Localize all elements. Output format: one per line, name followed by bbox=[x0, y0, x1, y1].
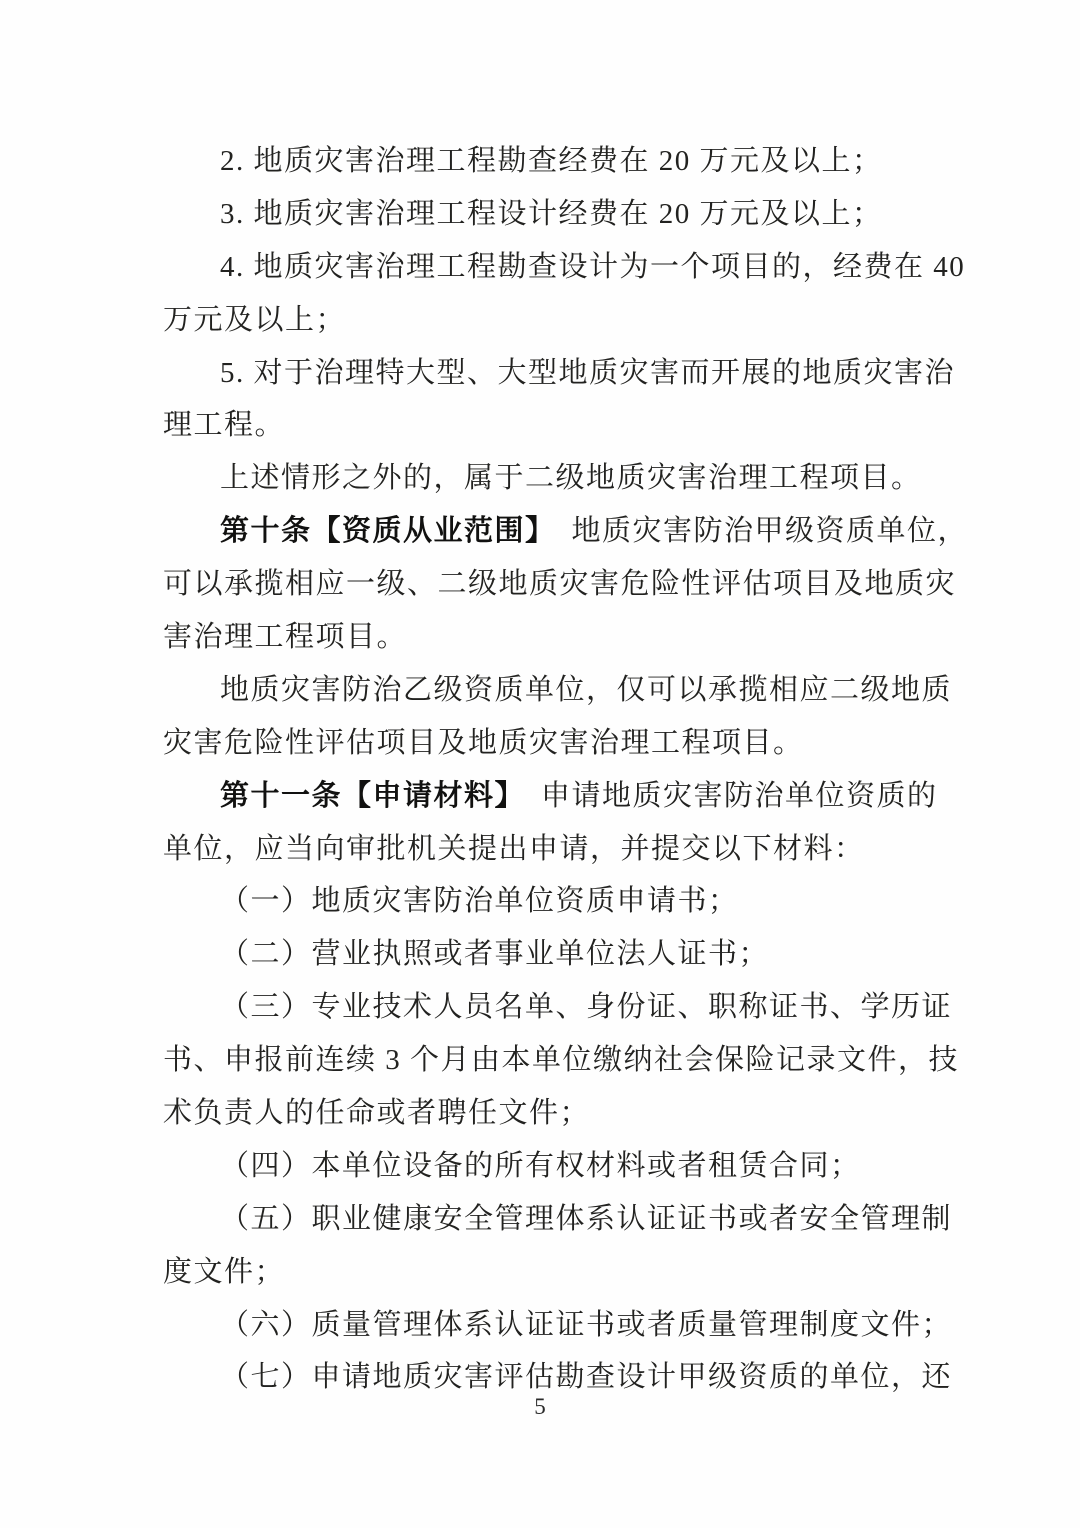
text-line: 地质灾害防治乙级资质单位，仅可以承揽相应二级地质 bbox=[163, 664, 933, 717]
article-heading-bold-text: 第十一条【申请材料】 bbox=[220, 780, 511, 812]
text-line: 书、申报前连续 3 个月由本单位缴纳社会保险记录文件，技 bbox=[163, 1034, 933, 1087]
text-line-article-10-heading: 第十条【资质从业范围】 地质灾害防治甲级资质单位， bbox=[163, 505, 933, 558]
line-text: 术负责人的任命或者聘任文件； bbox=[163, 1097, 590, 1129]
text-line: （五）职业健康安全管理体系认证证书或者安全管理制 bbox=[163, 1193, 933, 1246]
text-line: 术负责人的任命或者聘任文件； bbox=[163, 1087, 933, 1140]
text-line: 理工程。 bbox=[163, 399, 933, 452]
document-page: 2. 地质灾害治理工程勘查经费在 20 万元及以上； 3. 地质灾害治理工程设计… bbox=[0, 0, 1080, 1528]
line-text: 3. 地质灾害治理工程设计经费在 20 万元及以上； bbox=[220, 198, 883, 230]
line-text: 万元及以上； bbox=[163, 304, 346, 336]
text-line: 上述情形之外的，属于二级地质灾害治理工程项目。 bbox=[163, 452, 933, 505]
text-line: 单位，应当向审批机关提出申请，并提交以下材料： bbox=[163, 823, 933, 876]
text-line: 5. 对于治理特大型、大型地质灾害而开展的地质灾害治 bbox=[163, 347, 933, 400]
text-line: 害治理工程项目。 bbox=[163, 611, 933, 664]
text-line: 4. 地质灾害治理工程勘查设计为一个项目的，经费在 40 bbox=[163, 241, 933, 294]
text-line: （二）营业执照或者事业单位法人证书； bbox=[163, 928, 933, 981]
text-line-article-11-heading: 第十一条【申请材料】 申请地质灾害防治单位资质的 bbox=[163, 770, 933, 823]
line-text: 理工程。 bbox=[163, 409, 285, 441]
document-text-block: 2. 地质灾害治理工程勘查经费在 20 万元及以上； 3. 地质灾害治理工程设计… bbox=[163, 135, 933, 1404]
text-line: 度文件； bbox=[163, 1246, 933, 1299]
line-text: 4. 地质灾害治理工程勘查设计为一个项目的，经费在 40 bbox=[220, 251, 965, 283]
line-text: （四）本单位设备的所有权材料或者租赁合同； bbox=[220, 1150, 861, 1182]
line-text: （二）营业执照或者事业单位法人证书； bbox=[220, 938, 769, 970]
line-text: 上述情形之外的，属于二级地质灾害治理工程项目。 bbox=[220, 462, 922, 494]
line-text: 书、申报前连续 3 个月由本单位缴纳社会保险记录文件，技 bbox=[163, 1044, 959, 1076]
text-line: 万元及以上； bbox=[163, 294, 933, 347]
page-number: 5 bbox=[0, 1392, 1080, 1422]
line-text: （五）职业健康安全管理体系认证证书或者安全管理制 bbox=[220, 1203, 952, 1235]
line-text: 地质灾害防治乙级资质单位，仅可以承揽相应二级地质 bbox=[220, 674, 952, 706]
line-text: 5. 对于治理特大型、大型地质灾害而开展的地质灾害治 bbox=[220, 357, 955, 389]
line-text: 2. 地质灾害治理工程勘查经费在 20 万元及以上； bbox=[220, 145, 883, 177]
text-line: 灾害危险性评估项目及地质灾害治理工程项目。 bbox=[163, 717, 933, 770]
line-text: 申请地质灾害防治单位资质的 bbox=[511, 780, 938, 812]
line-text: 灾害危险性评估项目及地质灾害治理工程项目。 bbox=[163, 727, 804, 759]
line-text: （六）质量管理体系认证证书或者质量管理制度文件； bbox=[220, 1309, 952, 1341]
line-text: （一）地质灾害防治单位资质申请书； bbox=[220, 885, 739, 917]
line-text: 害治理工程项目。 bbox=[163, 621, 407, 653]
text-line: （六）质量管理体系认证证书或者质量管理制度文件； bbox=[163, 1299, 933, 1352]
text-line: 2. 地质灾害治理工程勘查经费在 20 万元及以上； bbox=[163, 135, 933, 188]
text-line: 3. 地质灾害治理工程设计经费在 20 万元及以上； bbox=[163, 188, 933, 241]
line-text: 地质灾害防治甲级资质单位， bbox=[541, 515, 968, 547]
line-text: 可以承揽相应一级、二级地质灾害危险性评估项目及地质灾 bbox=[163, 568, 956, 600]
text-line: （四）本单位设备的所有权材料或者租赁合同； bbox=[163, 1140, 933, 1193]
text-line: （三）专业技术人员名单、身份证、职称证书、学历证 bbox=[163, 981, 933, 1034]
line-text: （七）申请地质灾害评估勘查设计甲级资质的单位，还 bbox=[220, 1361, 952, 1393]
line-text: （三）专业技术人员名单、身份证、职称证书、学历证 bbox=[220, 991, 952, 1023]
line-text: 单位，应当向审批机关提出申请，并提交以下材料： bbox=[163, 833, 865, 865]
text-line: 可以承揽相应一级、二级地质灾害危险性评估项目及地质灾 bbox=[163, 558, 933, 611]
article-heading-bold-text: 第十条【资质从业范围】 bbox=[220, 515, 541, 547]
text-line: （一）地质灾害防治单位资质申请书； bbox=[163, 875, 933, 928]
line-text: 度文件； bbox=[163, 1256, 285, 1288]
